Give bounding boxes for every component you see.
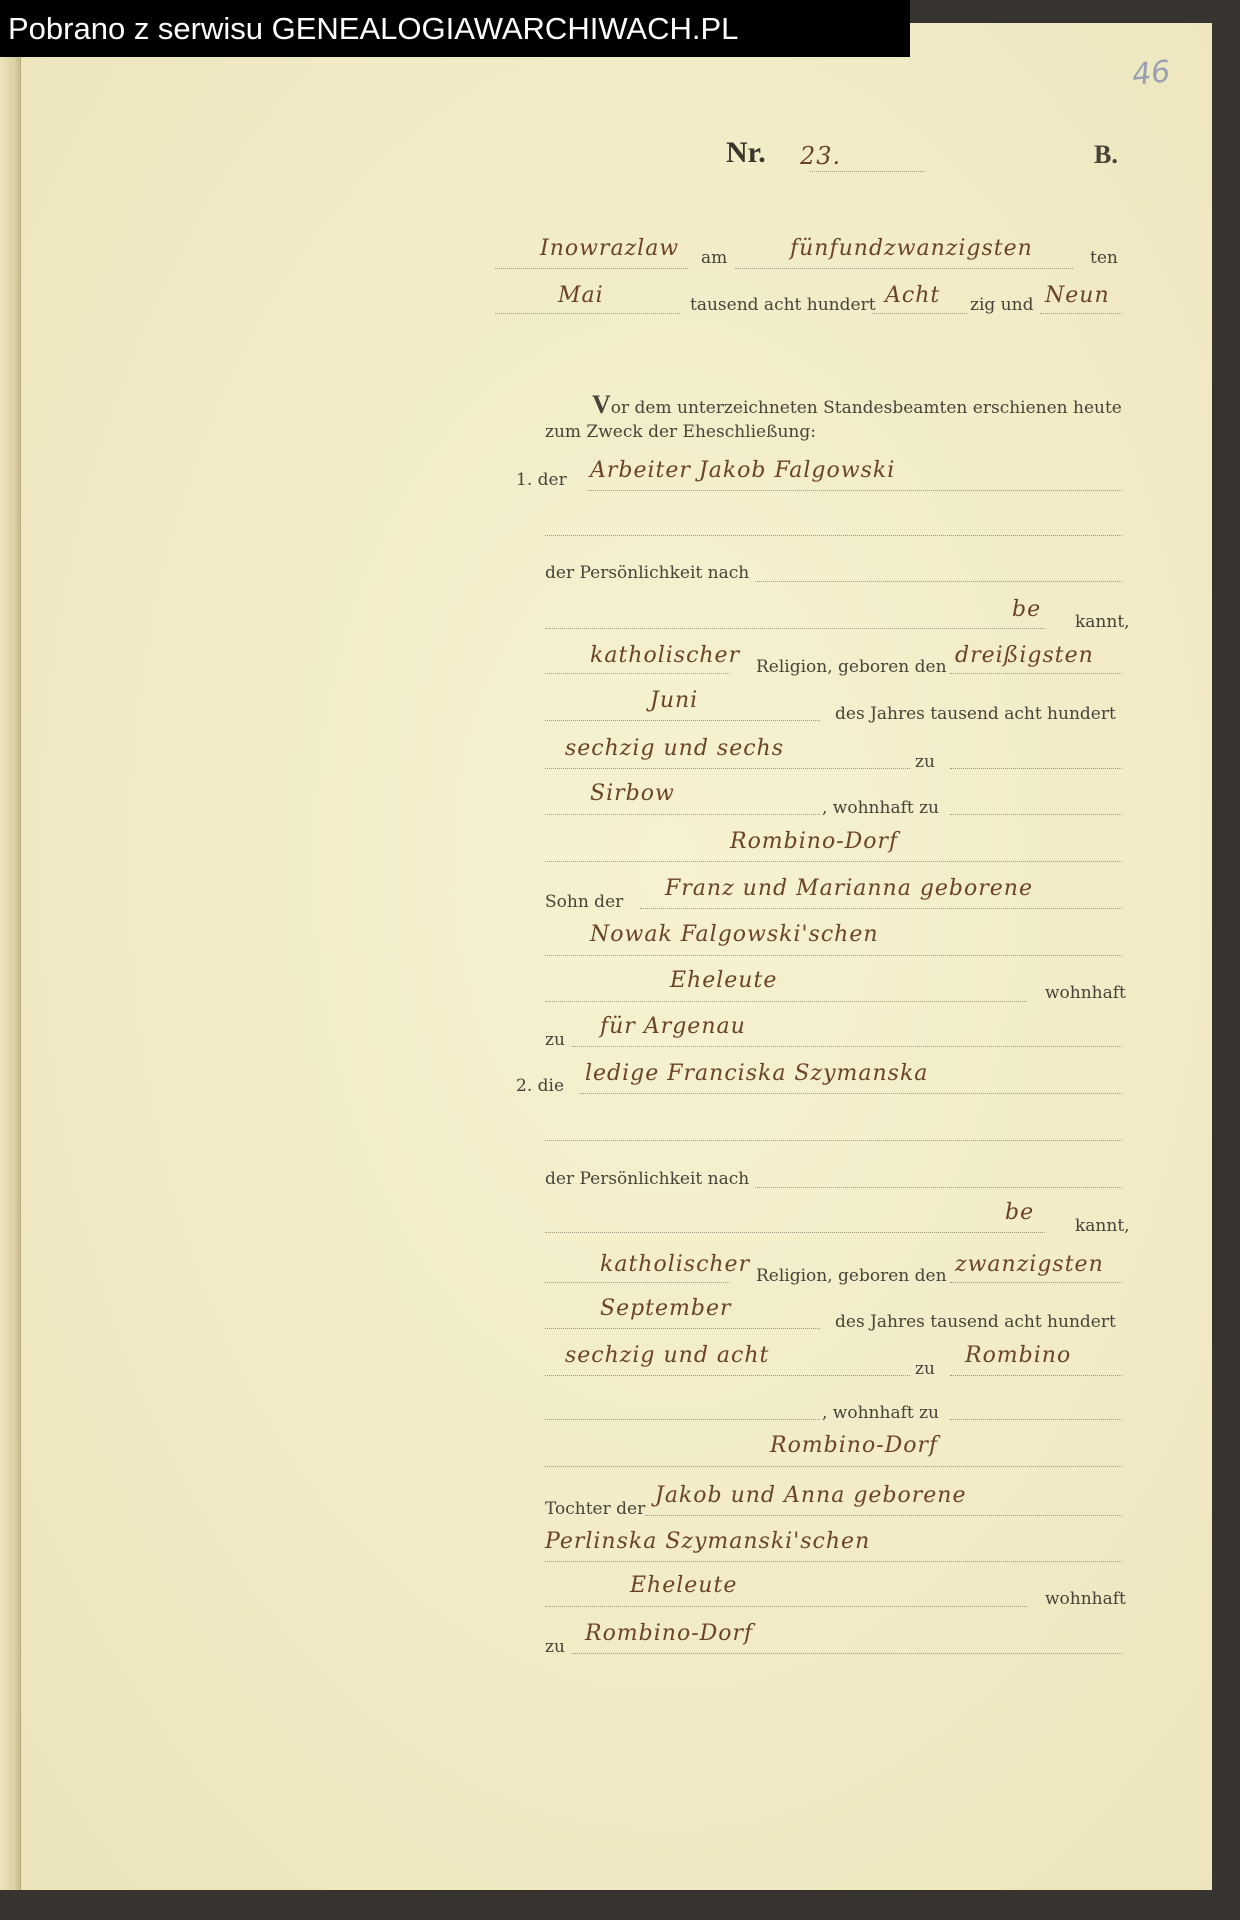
groom-name-value: Arbeiter Jakob Falgowski bbox=[590, 458, 895, 483]
groom-parents-surname-value: Nowak Falgowski'schen bbox=[590, 922, 879, 947]
groom-residence-line-1 bbox=[950, 814, 1122, 815]
groom-birthday-line bbox=[950, 673, 1122, 674]
groom-parents-status-value: Eheleute bbox=[670, 968, 777, 993]
groom-birthplace-line bbox=[545, 814, 820, 815]
bride-parents-residence-value: Rombino-Dorf bbox=[585, 1621, 753, 1646]
decade-value: Acht bbox=[885, 283, 940, 308]
bride-parents-label: Tochter der bbox=[545, 1499, 645, 1519]
groom-residence-value: Rombino-Dorf bbox=[730, 829, 898, 854]
groom-residence-label: , wohnhaft zu bbox=[822, 798, 939, 818]
day-line bbox=[735, 268, 1073, 269]
groom-birthday-value: dreißigsten bbox=[955, 643, 1094, 668]
record-number-label: Nr. bbox=[726, 136, 766, 170]
page-binding-gutter bbox=[0, 23, 21, 1890]
bride-birthmonth-line bbox=[545, 1328, 820, 1329]
groom-residence-line-2 bbox=[545, 861, 1122, 862]
groom-number-label: 1. der bbox=[516, 470, 567, 490]
bride-name-line bbox=[580, 1093, 1122, 1094]
groom-identity-label: der Persönlichkeit nach bbox=[545, 563, 749, 583]
bride-blank-line bbox=[545, 1140, 1122, 1141]
groom-blank-line bbox=[545, 535, 1122, 536]
source-banner: Pobrano z serwisu GENEALOGIAWARCHIWACH.P… bbox=[0, 0, 910, 57]
series-letter: B. bbox=[1094, 140, 1118, 170]
bride-residence-line-2 bbox=[545, 1466, 1122, 1467]
bride-identity-label: der Persönlichkeit nach bbox=[545, 1169, 749, 1189]
groom-parents-value: Franz und Marianna geborene bbox=[665, 876, 1033, 901]
year-text: tausend acht hundert bbox=[690, 295, 876, 315]
groom-parents-label: Sohn der bbox=[545, 892, 623, 912]
bride-known-label: kannt, bbox=[1075, 1216, 1130, 1236]
ten-label: ten bbox=[1090, 248, 1118, 268]
groom-name-line bbox=[588, 490, 1122, 491]
bride-religion-label: Religion, geboren den bbox=[756, 1266, 947, 1286]
groom-year-label: des Jahres tausend acht hundert bbox=[835, 704, 1116, 724]
folio-number: 46 bbox=[1130, 54, 1172, 93]
bride-known-line bbox=[545, 1232, 1045, 1233]
bride-parents-residence-line bbox=[572, 1653, 1122, 1654]
groom-zu-label: zu bbox=[915, 752, 935, 772]
groom-birthmonth-value: Juni bbox=[650, 688, 698, 713]
month-line bbox=[495, 313, 680, 314]
intro-line-2: zum Zweck der Eheschließung: bbox=[545, 422, 816, 442]
unit-line bbox=[1040, 313, 1122, 314]
groom-birthmonth-line bbox=[545, 720, 820, 721]
bride-birthplace-value: Rombino bbox=[965, 1343, 1071, 1368]
intro-initial: V bbox=[592, 390, 611, 419]
groom-birthyear-value: sechzig und sechs bbox=[565, 736, 784, 761]
bride-parents-line bbox=[645, 1515, 1122, 1516]
bride-year-label: des Jahres tausend acht hundert bbox=[835, 1312, 1116, 1332]
bride-identity-line bbox=[755, 1187, 1122, 1188]
groom-parents-residence-label: wohnhaft bbox=[1045, 983, 1126, 1003]
groom-parents-residence-line bbox=[572, 1046, 1122, 1047]
bride-residence-line-1 bbox=[950, 1419, 1122, 1420]
record-number-line bbox=[810, 171, 925, 172]
bride-religion-value: katholischer bbox=[600, 1252, 750, 1277]
bride-residence-value: Rombino-Dorf bbox=[770, 1433, 938, 1458]
groom-known-line bbox=[545, 628, 1045, 629]
zig-und-label: zig und bbox=[970, 295, 1033, 315]
bride-birthplace-line bbox=[950, 1375, 1122, 1376]
groom-parents-surname-line bbox=[545, 955, 1122, 956]
month-value: Mai bbox=[558, 283, 604, 308]
groom-parents-residence-value: für Argenau bbox=[600, 1014, 746, 1039]
unit-value: Neun bbox=[1045, 283, 1110, 308]
bride-number-label: 2. die bbox=[516, 1076, 564, 1096]
groom-religion-line bbox=[545, 673, 730, 674]
bride-parents-status-line bbox=[545, 1606, 1027, 1607]
bride-birthyear-value: sechzig und acht bbox=[565, 1343, 769, 1368]
bride-parents-status-value: Eheleute bbox=[630, 1573, 737, 1598]
groom-known-label: kannt, bbox=[1075, 612, 1130, 632]
groom-zu-line bbox=[950, 768, 1122, 769]
bride-birthday-value: zwanzigsten bbox=[955, 1252, 1104, 1277]
bride-parents-value: Jakob und Anna geborene bbox=[655, 1483, 967, 1508]
bride-parents-surname-value: Perlinska Szymanski'schen bbox=[545, 1529, 870, 1554]
bride-residence-label: , wohnhaft zu bbox=[822, 1403, 939, 1423]
groom-religion-value: katholischer bbox=[590, 643, 740, 668]
intro-line-1-text: or dem unterzeichneten Standesbeamten er… bbox=[611, 398, 1122, 418]
bride-parents-surname-line bbox=[545, 1561, 1122, 1562]
groom-parents-zu-label: zu bbox=[545, 1030, 565, 1050]
groom-parents-line bbox=[640, 908, 1122, 909]
bride-name-value: ledige Franciska Szymanska bbox=[585, 1061, 928, 1086]
place-line bbox=[495, 268, 688, 269]
bride-known-value: be bbox=[1005, 1200, 1034, 1225]
bride-parents-zu-label: zu bbox=[545, 1637, 565, 1657]
groom-religion-label: Religion, geboren den bbox=[756, 657, 947, 677]
groom-identity-line bbox=[755, 581, 1122, 582]
bride-birthmonth-value: September bbox=[600, 1296, 732, 1321]
bride-residence-line-0 bbox=[545, 1419, 820, 1420]
record-number-value: 23. bbox=[800, 142, 841, 170]
bride-birthday-line bbox=[950, 1282, 1122, 1283]
place-value: Inowrazlaw bbox=[540, 236, 679, 261]
bride-zu-label: zu bbox=[915, 1359, 935, 1379]
intro-line-1: Vor dem unterzeichneten Standesbeamten e… bbox=[592, 390, 1122, 420]
bride-parents-residence-label: wohnhaft bbox=[1045, 1589, 1126, 1609]
groom-birthyear-line bbox=[545, 768, 910, 769]
am-label: am bbox=[701, 248, 727, 268]
bride-birthyear-line bbox=[545, 1375, 910, 1376]
day-value: fünfundzwanzigsten bbox=[790, 236, 1033, 261]
groom-birthplace-value: Sirbow bbox=[590, 781, 675, 806]
groom-known-value: be bbox=[1012, 597, 1041, 622]
decade-line bbox=[872, 313, 967, 314]
groom-parents-status-line bbox=[545, 1001, 1027, 1002]
bride-religion-line bbox=[545, 1282, 730, 1283]
